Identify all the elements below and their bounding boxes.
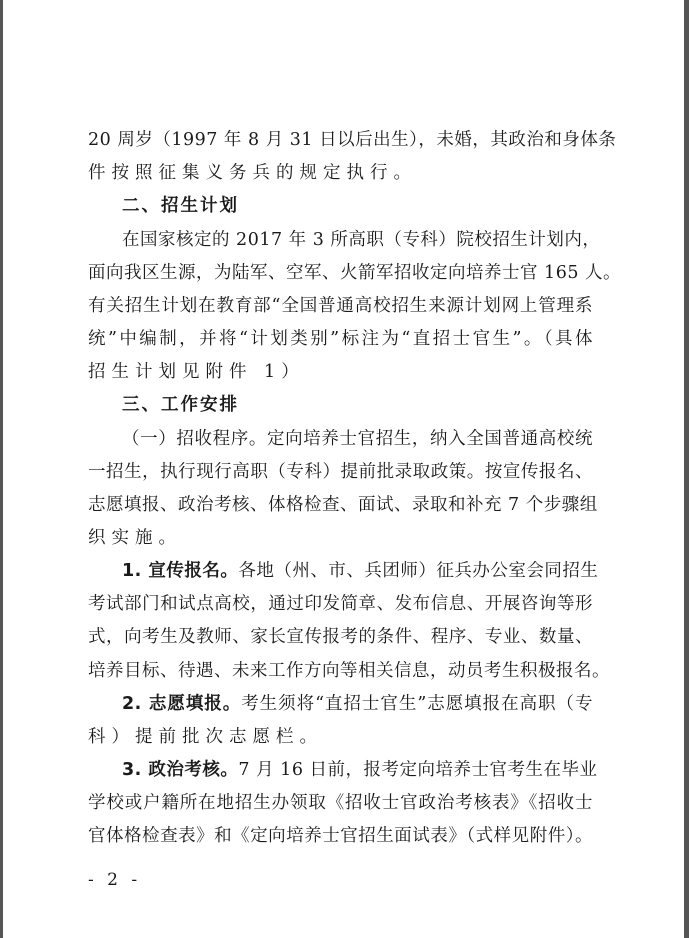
subsection-lead-enrollment-procedure: （一）招收程序。 (122, 429, 267, 449)
body-line: 统”中编制，并将“计划类别”标注为“直招士官生”。（具体 (88, 324, 593, 354)
step-lead-application-filling: 2. 志愿填报。 (122, 694, 241, 714)
section-heading-work-arrangement: 三、工作安排 (122, 390, 239, 420)
body-line: 面向我区生源，为陆军、空军、火箭军招收定向培养士官 165 人。 (88, 258, 593, 288)
page-number: - 2 - (88, 870, 141, 890)
body-line: 科）提前批次志愿栏。 (88, 722, 323, 752)
step-lead-publicity-registration: 1. 宣传报名。 (122, 561, 238, 581)
paragraph-lead-line: 3. 政治考核。7 月 16 日前，报考定向培养士官考生在毕业 (122, 755, 593, 785)
body-line: 有关招生计划在教育部“全国普通高校招生来源计划网上管理系 (88, 291, 593, 321)
body-line: 在国家核定的 2017 年 3 所高职（专科）院校招生计划内， (122, 225, 593, 255)
body-line: 学校或户籍所在地招生办领取《招收士官政治考核表》《招收士 (88, 788, 593, 818)
viewer-left-border (0, 0, 3, 938)
body-line: 织实施。 (88, 523, 182, 553)
body-line: 志愿填报、政治考核、体格检查、面试、录取和补充 7 个步骤组 (88, 490, 593, 520)
section-heading-enrollment-plan: 二、招生计划 (122, 191, 239, 221)
body-text: 7 月 16 日前，报考定向培养士官考生在毕业 (238, 760, 597, 780)
body-line: 20 周岁（1997 年 8 月 31 日以后出生），未婚，其政治和身体条 (88, 125, 593, 155)
paragraph-lead-line: 2. 志愿填报。考生须将“直招士官生”志愿填报在高职（专 (122, 689, 593, 719)
body-line: 官体格检查表》和《定向培养士官招生面试表》（式样见附件）。 (88, 821, 593, 851)
body-line: 招生计划见附件 1） (88, 357, 305, 387)
paragraph-lead-line: 1. 宣传报名。各地（州、市、兵团师）征兵办公室会同招生 (122, 556, 593, 586)
paragraph-lead-line: （一）招收程序。定向培养士官招生，纳入全国普通高校统 (122, 424, 593, 454)
body-line: 考试部门和试点高校，通过印发简章、发布信息、开展咨询等形 (88, 589, 593, 619)
viewer-right-border (684, 0, 689, 938)
body-line: 培养目标、待遇、未来工作方向等相关信息，动员考生积极报名。 (88, 656, 593, 686)
body-line: 一招生，执行现行高职（专科）提前批录取政策。按宣传报名、 (88, 457, 593, 487)
body-text: 定向培养士官招生，纳入全国普通高校统 (267, 429, 593, 449)
body-text: 考生须将“直招士官生”志愿填报在高职（专 (241, 694, 593, 714)
step-lead-political-review: 3. 政治考核。 (122, 760, 238, 780)
body-line: 件按照征集义务兵的规定执行。 (88, 158, 417, 188)
body-line: 式，向考生及教师、家长宣传报考的条件、程序、专业、数量、 (88, 622, 593, 652)
body-text: 各地（州、市、兵团师）征兵办公室会同招生 (238, 561, 598, 581)
